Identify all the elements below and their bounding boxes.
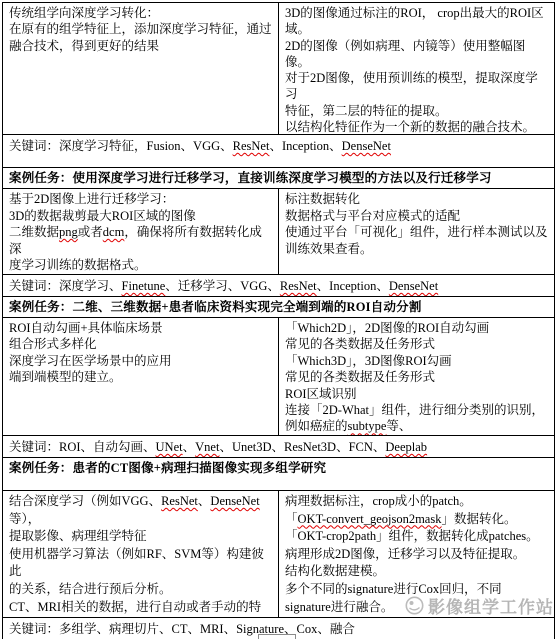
table-row: 传统组学向深度学习转化：在原有的组学特征上，添加深度学习特征，通过融合技术，得到… bbox=[3, 3, 554, 134]
cutoff-element bbox=[258, 634, 296, 639]
keywords-row: 关键词：深度学习特征，Fusion、VGG、ResNet、Inception、D… bbox=[3, 134, 554, 167]
table-cell-left: ROI自动勾画+具体临床场景组合形式多样化深度学习在医学场景中的应用端到端模型的… bbox=[3, 318, 279, 435]
table-cell-right: 标注数据转化数据格式与平台对应模式的适配使通过平台「可视化」组件，进行样本测试以… bbox=[279, 189, 554, 274]
table-cell-right: 3D的图像通过标注的ROI， crop出最大的ROI区域。2D的图像（例如病理、… bbox=[279, 3, 554, 134]
table-row: ROI自动勾画+具体临床场景组合形式多样化深度学习在医学场景中的应用端到端模型的… bbox=[3, 317, 554, 435]
table-cell-right: 「Which2D」，2D图像的ROI自动勾画常见的各类数据及任务形式「Which… bbox=[279, 318, 554, 435]
table-cell-right: 病理数据标注，crop成小的patch。「OKT-convert_geojson… bbox=[279, 491, 554, 617]
table-cell-left: 基于2D图像上进行迁移学习：3D的数据裁剪最大ROI区域的图像二维数据png或者… bbox=[3, 189, 279, 274]
task-row: 案例任务：患者的CT图像+病理扫描图像实现多组学研究 bbox=[3, 457, 554, 490]
table-row: 基于2D图像上进行迁移学习：3D的数据裁剪最大ROI区域的图像二维数据png或者… bbox=[3, 188, 554, 274]
page: 传统组学向深度学习转化：在原有的组学特征上，添加深度学习特征，通过融合技术，得到… bbox=[0, 0, 557, 639]
content-table: 传统组学向深度学习转化：在原有的组学特征上，添加深度学习特征，通过融合技术，得到… bbox=[2, 2, 555, 639]
keywords-row: 关键词：深度学习、Finetune、迁移学习、VGG、ResNet、Incept… bbox=[3, 274, 554, 296]
table-cell-left: 传统组学向深度学习转化：在原有的组学特征上，添加深度学习特征，通过融合技术，得到… bbox=[3, 3, 279, 134]
keywords-row: 关键词：ROI、自动勾画、UNet、Vnet、Unet3D、ResNet3D、F… bbox=[3, 435, 554, 457]
table-row: 结合深度学习（例如VGG、ResNet、DenseNet等），提取影像、病理组学… bbox=[3, 490, 554, 617]
table-cell-left: 结合深度学习（例如VGG、ResNet、DenseNet等），提取影像、病理组学… bbox=[3, 491, 279, 617]
task-row: 案例任务：使用深度学习进行迁移学习，直接训练深度学习模型的方法以及行迁移学习 bbox=[3, 167, 554, 188]
task-row: 案例任务：二维、三维数据+患者临床资料实现完全端到端的ROI自动分割 bbox=[3, 296, 554, 317]
